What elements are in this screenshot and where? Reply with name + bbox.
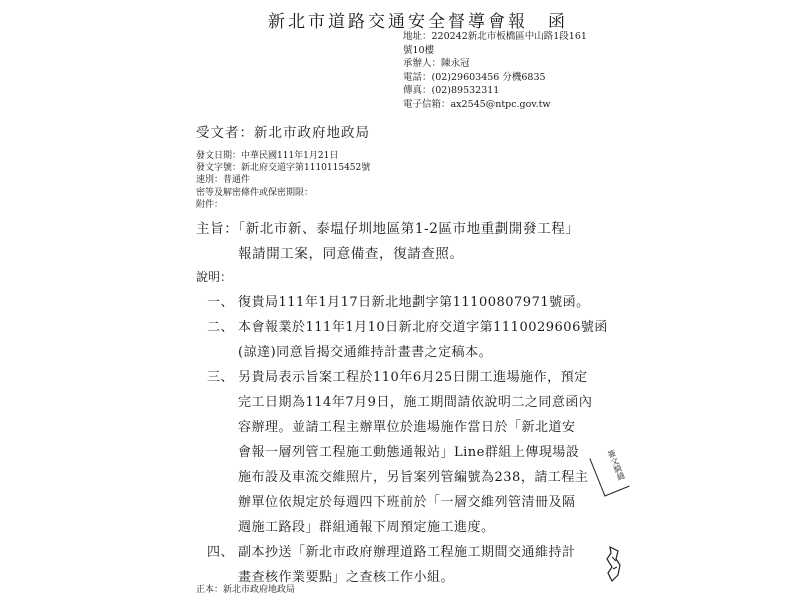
item-text-cont: (諒達)同意旨揭交通維持計畫書之定稿本。 bbox=[207, 340, 608, 365]
recipient: 受文者：新北市政府地政局 bbox=[196, 121, 370, 141]
item-text: 復貴局111年1月17日新北地劃字第11100807971號函。 bbox=[238, 295, 590, 310]
subject-line: 主旨：「新北市新、泰塭仔圳地區第1-2區市地重劃開發工程」 bbox=[196, 221, 579, 237]
sender-address-cont: 號10樓 bbox=[403, 44, 587, 58]
subject: 主旨：「新北市新、泰塭仔圳地區第1-2區市地重劃開發工程」 報請開工案，同意備查… bbox=[196, 217, 579, 267]
item-text: 本會報業於111年1月10日新北府交道字第1110029606號函 bbox=[238, 320, 608, 335]
item-text-cont: 完工日期為114年7月9日，施工期間請依說明二之同意函內 bbox=[207, 390, 608, 415]
confidentiality: 密等及解密條件或保密期限： bbox=[196, 187, 370, 199]
explanation-item: 三、另貴局表示旨案工程於110年6月25日開工進場施作，預定 完工日期為114年… bbox=[207, 365, 608, 540]
document-number: 發文字號：新北府交道字第1110115452號 bbox=[196, 162, 370, 174]
item-text-cont: 施布設及車流交維照片，另旨案列管編號為238，請工程主 bbox=[207, 465, 608, 490]
sender-contact: 承辦人：陳永冠 bbox=[403, 57, 587, 71]
sender-info: 地址：220242新北市板橋區中山路1段161 號10樓 承辦人：陳永冠 電話：… bbox=[403, 30, 587, 112]
item-text-cont: 辦單位依規定於每週四下班前於「一層交維列管清冊及隔 bbox=[207, 490, 608, 515]
sender-address: 地址：220242新北市板橋區中山路1段161 bbox=[403, 30, 587, 44]
attachments: 附件： bbox=[196, 199, 370, 211]
original-recipient: 正本：新北市政府地政局 bbox=[196, 582, 295, 595]
explanation-items: 一、復貴局111年1月17日新北地劃字第11100807971號函。 二、本會報… bbox=[207, 290, 608, 590]
sender-phone: 電話：(02)29603456 分機6835 bbox=[403, 71, 587, 85]
explanation-item: 一、復貴局111年1月17日新北地劃字第11100807971號函。 bbox=[207, 290, 608, 315]
item-text-cont: 容辦理。並請工程主辦單位於進場施作當日於「新北道安 bbox=[207, 415, 608, 440]
item-number: 三、 bbox=[207, 365, 238, 390]
issue-date: 發文日期：中華民國111年1月21日 bbox=[196, 150, 370, 162]
document-page: 新北市道路交通安全督導會報 函 地址：220242新北市板橋區中山路1段161 … bbox=[0, 0, 800, 600]
seal-fragment-icon bbox=[604, 545, 624, 585]
item-number: 四、 bbox=[207, 540, 238, 565]
item-number: 二、 bbox=[207, 315, 238, 340]
explanation-item: 二、本會報業於111年1月10日新北府交道字第1110029606號函 (諒達)… bbox=[207, 315, 608, 365]
delivery-speed: 速別：普通件 bbox=[196, 174, 370, 186]
item-text-cont: 週施工路段」群組通報下周預定施工進度。 bbox=[207, 515, 608, 540]
sender-fax: 傳真：(02)89532311 bbox=[403, 84, 587, 98]
item-number: 一、 bbox=[207, 290, 238, 315]
document-meta: 發文日期：中華民國111年1月21日 發文字號：新北府交道字第111011545… bbox=[196, 150, 370, 211]
explanation-label: 說明： bbox=[196, 268, 232, 285]
item-text-cont: 會報一層列管工程施工動態通報站」Line群組上傳現場設 bbox=[207, 440, 608, 465]
subject-line-cont: 報請開工案，同意備查，復請查照。 bbox=[196, 242, 579, 267]
sender-email: 電子信箱：ax2545@ntpc.gov.tw bbox=[403, 98, 587, 112]
item-text: 另貴局表示旨案工程於110年6月25日開工進場施作，預定 bbox=[238, 370, 588, 385]
item-text: 副本抄送「新北市政府辦理道路工程施工期間交通維持計 bbox=[238, 545, 576, 560]
document-title: 新北市道路交通安全督導會報 函 bbox=[268, 7, 568, 32]
